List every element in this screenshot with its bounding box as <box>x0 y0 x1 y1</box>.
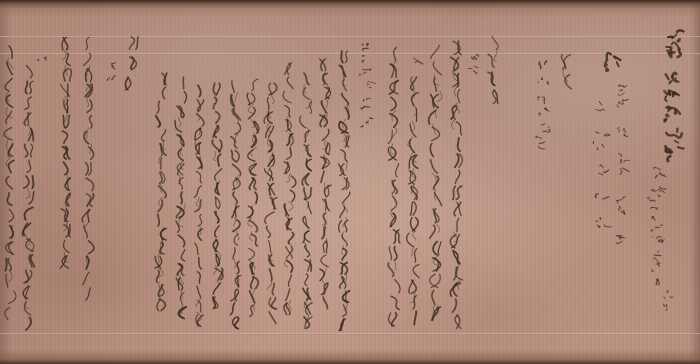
ink-column-r1-left-poem-1 <box>450 41 463 328</box>
ink-column-judge <box>536 61 550 149</box>
ink-column-r1-judgement-7 <box>230 81 240 329</box>
ink-column-r2-right-marker <box>38 57 47 60</box>
calligraphy-ink-layer <box>0 0 700 364</box>
ink-column-round2-header <box>125 37 138 90</box>
ink-column-topics-left <box>593 102 611 228</box>
ink-column-r2-left-poem-2 <box>60 37 71 268</box>
manuscript-photo: 経平大貳家歌合 應德三年三月十九日 十番 題 春駒 櫻 郭公 水鶏 萩 月 擣衣… <box>0 0 700 364</box>
ink-column-title <box>665 30 684 161</box>
ink-column-r1-judgement-11 <box>155 73 167 310</box>
ink-column-r1-right-poem-1 <box>407 77 419 325</box>
ink-column-r1-judgement-9 <box>194 85 204 326</box>
ink-column-r1-judgement-10 <box>175 77 187 318</box>
ink-column-r1-judgement-8 <box>212 83 223 308</box>
ink-column-r2-right-poem-1 <box>22 66 34 331</box>
ink-column-round2-result <box>107 63 115 81</box>
ink-column-poets-label <box>561 55 571 89</box>
ink-column-r2-right-poem-2 <box>4 46 16 320</box>
ink-column-r1-left-poem-2 <box>429 45 442 320</box>
ink-column-r1-judgement-3 <box>300 73 312 328</box>
ink-column-r1-right-poem-2 <box>388 48 400 327</box>
ink-column-r2-left-poem-1 <box>82 37 94 300</box>
ink-column-r1-right-marker <box>414 58 423 64</box>
ink-column-r1-judgement-2 <box>320 59 331 309</box>
ink-column-round1-result <box>468 55 479 74</box>
ink-column-date <box>647 167 666 285</box>
ink-column-r1-judgement-note <box>359 43 375 126</box>
ink-column-r1-judgement-5 <box>264 83 277 323</box>
ink-column-round1-header <box>488 36 498 103</box>
ink-column-r1-judgement-1 <box>339 51 350 330</box>
ink-column-round-count <box>664 291 673 311</box>
ink-column-topics-right <box>616 85 629 243</box>
ink-column-r1-judgement-6 <box>247 79 259 316</box>
ink-column-r1-judgement-4 <box>283 63 296 314</box>
ink-column-topics-label <box>605 53 621 71</box>
